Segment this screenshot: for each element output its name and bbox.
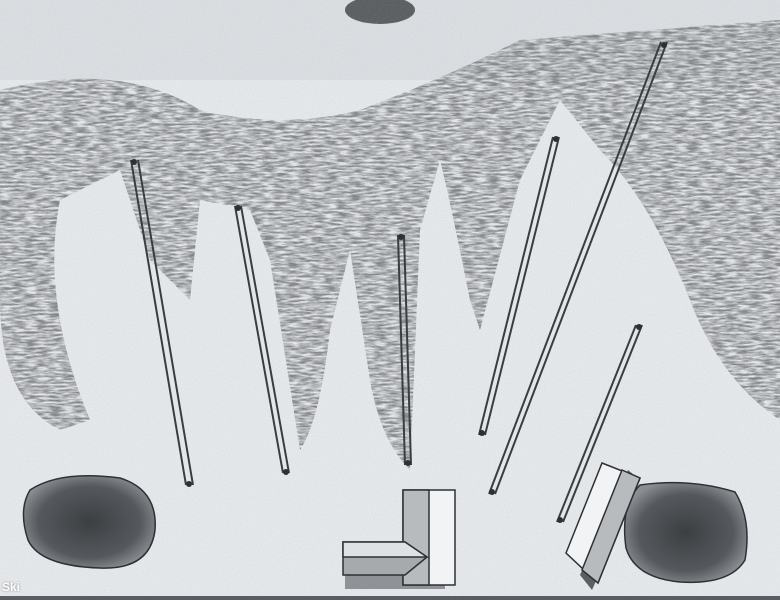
sketch-canvas (0, 0, 780, 600)
pond-left (23, 476, 155, 568)
image-caption: Ski (2, 580, 20, 594)
pond-right (625, 483, 747, 583)
ski-area-sketch: Ski (0, 0, 780, 600)
